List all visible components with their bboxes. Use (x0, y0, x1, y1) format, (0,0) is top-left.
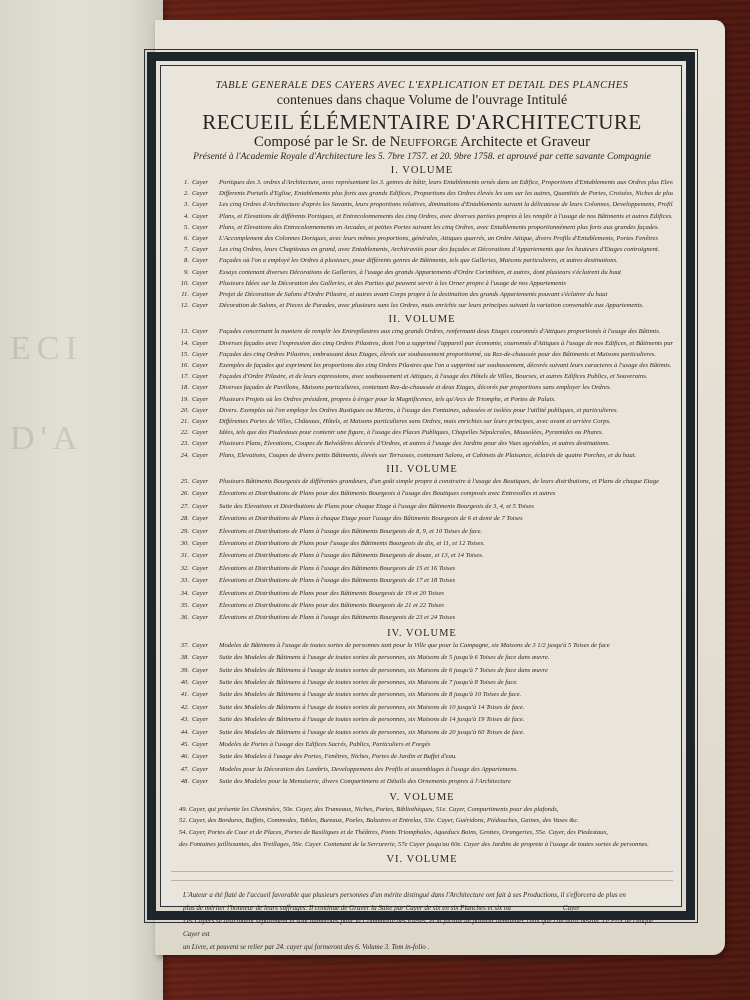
cayer-label: Cayer (192, 538, 219, 550)
cayer-description: Diverses façades avec l'expression des c… (219, 338, 673, 349)
cayer-entry: 40.CayerSuite des Modeles de Bâtimens à … (171, 677, 673, 689)
cayer-number: 1. (171, 177, 192, 188)
cayer-description: Suite des Modeles de Bâtimens à l'usage … (219, 689, 673, 701)
cayer-label: Cayer (192, 575, 219, 587)
cayer-label: Cayer (192, 600, 219, 612)
cayer-entry: 14.CayerDiverses façades avec l'expressi… (171, 338, 673, 349)
document-title: RECUEIL ÉLÉMENTAIRE D'ARCHITECTURE (171, 110, 673, 134)
cayer-number: 19. (171, 394, 192, 405)
cayer-description: L'Accomplement des Colonnes Doriques, av… (219, 233, 673, 244)
cayer-number: 36. (171, 612, 192, 624)
cayer-description: Portiques des 3. ordres d'Architecture, … (219, 177, 673, 188)
cayer-entry: 17.CayerFaçades d'Ordre Pilastre, et de … (171, 371, 673, 382)
cayer-entry: 2.CayerDifferents Portails d'Eglise, Ent… (171, 188, 673, 199)
cayer-label: Cayer (192, 550, 219, 562)
cayer-entry: 31.CayerElevations et Distributions de P… (171, 550, 673, 562)
cayer-number: 26. (171, 488, 192, 500)
cayer-entry: 30.CayerElevations et Distributions de P… (171, 538, 673, 550)
cayer-number: 8. (171, 255, 192, 266)
bleed-through-text: D'A (10, 420, 83, 458)
cayer-number: 34. (171, 588, 192, 600)
cayer-label: Cayer (192, 177, 219, 188)
cayer-entry: 9.CayerEssays contenant diverses Décorat… (171, 267, 673, 278)
cayer-label: Cayer (192, 652, 219, 664)
author-prefix: Composé par le Sr. de (254, 134, 390, 150)
cayer-label: Cayer (192, 300, 219, 311)
cayer-label: Cayer (192, 267, 219, 278)
cayer-number: 29. (171, 526, 192, 538)
cayer-label: Cayer (192, 588, 219, 600)
volume-5-section: V. VOLUME 49. Cayer, qui présente les Ch… (171, 792, 673, 851)
cayer-number: 33. (171, 575, 192, 587)
cayer-entry: 24.CayerPlans, Elevations, Coupes de div… (171, 450, 673, 461)
cayer-label: Cayer (192, 338, 219, 349)
cayer-description: Differents Portails d'Eglise, Entablemen… (219, 188, 673, 199)
cayer-description: Suite des Elevations et Distributions de… (219, 501, 673, 513)
cayer-description: Plusieurs Bâtiments Bourgeois de différe… (219, 476, 673, 488)
cayer-number: 38. (171, 652, 192, 664)
cayer-number: 17. (171, 371, 192, 382)
cayer-entry: 7.CayerLes cinq Ordres, leurs Chapiteaux… (171, 244, 673, 255)
cayer-entry: 28.CayerElevations et Distributions de P… (171, 513, 673, 525)
cayer-description: Plans, et Elevations des Entrecolonnemen… (219, 222, 673, 233)
cayer-label: Cayer (192, 450, 219, 461)
cayer-description: Suite des Modeles de Bâtimens à l'usage … (219, 702, 673, 714)
volume-5-line: 49. Cayer, qui présente les Cheminées, 5… (171, 804, 673, 816)
cayer-number: 3. (171, 199, 192, 210)
cayer-number: 31. (171, 550, 192, 562)
cayer-label: Cayer (192, 360, 219, 371)
cayer-entry: 1.CayerPortiques des 3. ordres d'Archite… (171, 177, 673, 188)
notice-cayer-aside: Cayer (563, 904, 580, 912)
cayer-number: 37. (171, 640, 192, 652)
volume-heading: VI. VOLUME (171, 854, 673, 865)
author-line: Composé par le Sr. de Neufforge Architec… (171, 134, 673, 151)
volume-1-section: I. VOLUME 1.CayerPortiques des 3. ordres… (171, 165, 673, 311)
cayer-entry: 29.CayerElevations et Distributions de P… (171, 526, 673, 538)
cayer-description: Elevations et Distributions de Plans à l… (219, 550, 673, 562)
cayer-description: Décoration de Salons, et Pieces de Parad… (219, 300, 673, 311)
cayer-description: Elevations et Distributions de Plans à l… (219, 612, 673, 624)
engraved-border-frame: TABLE GENERALE DES CAYERS AVEC L'EXPLICA… (147, 52, 695, 920)
cayer-description: Elevations et Distributions de Plans à l… (219, 526, 673, 538)
cayer-number: 18. (171, 382, 192, 393)
cayer-entry: 43.CayerSuite des Modeles de Bâtimens à … (171, 714, 673, 726)
cayer-description: Plusieurs Plans, Elevations, Coupes de B… (219, 438, 673, 449)
cayer-entry: 34.CayerElevations et Distributions de P… (171, 588, 673, 600)
cayer-label: Cayer (192, 702, 219, 714)
volume-heading: IV. VOLUME (171, 628, 673, 639)
volume-5-line: des Fontaines jaillissantes, des Treilla… (171, 839, 673, 851)
cayer-label: Cayer (192, 199, 219, 210)
cayer-label: Cayer (192, 438, 219, 449)
cayer-number: 21. (171, 416, 192, 427)
volume-3-section: III. VOLUME 25.CayerPlusieurs Bâtiments … (171, 464, 673, 625)
cayer-label: Cayer (192, 751, 219, 763)
cayer-description: Suite des Modeles de Bâtimens à l'usage … (219, 652, 673, 664)
cayer-description: Façades où l'on a employé les Ordres à p… (219, 255, 673, 266)
cayer-description: Exemples de façades qui expriment les pr… (219, 360, 673, 371)
cayer-description: Elevations et Distributions de Plans pou… (219, 588, 673, 600)
cayer-entry: 19.CayerPlusieurs Projets où les Ordres … (171, 394, 673, 405)
cayer-number: 23. (171, 438, 192, 449)
cayer-label: Cayer (192, 188, 219, 199)
notice-line-text: plus de mériter l'honneur de leurs suffr… (183, 904, 511, 912)
author-suffix: Architecte et Graveur (457, 134, 590, 150)
cayer-entry: 4.CayerPlans, et Elevations de différent… (171, 211, 673, 222)
cayer-entry: 32.CayerElevations et Distributions de P… (171, 563, 673, 575)
cayer-number: 42. (171, 702, 192, 714)
cayer-entry: 36.CayerElevations et Distributions de P… (171, 612, 673, 624)
cayer-label: Cayer (192, 526, 219, 538)
cayer-number: 4. (171, 211, 192, 222)
cayer-description: Projet de Décoration de Salons d'Ordre P… (219, 289, 673, 300)
cayer-number: 30. (171, 538, 192, 550)
cayer-number: 41. (171, 689, 192, 701)
cayer-label: Cayer (192, 764, 219, 776)
cayer-number: 39. (171, 665, 192, 677)
cayer-entry: 16.CayerExemples de façades qui exprimen… (171, 360, 673, 371)
cayer-entry: 42.CayerSuite des Modeles de Bâtimens à … (171, 702, 673, 714)
bleed-through-text: ECI (10, 330, 83, 368)
cayer-label: Cayer (192, 513, 219, 525)
author-notice: L'Auteur a été flaté de l'accueil favora… (171, 887, 673, 967)
cayer-description: Suite des Modeles à l'usage des Portes, … (219, 751, 673, 763)
cayer-number: 7. (171, 244, 192, 255)
cayer-label: Cayer (192, 689, 219, 701)
notice-line: L'Auteur a été flaté de l'accueil favora… (183, 889, 661, 902)
cayer-description: Elevations et Distributions de Plans pou… (219, 488, 673, 500)
cayer-entry: 22.CayerIdées, tels que des Piedestaux p… (171, 427, 673, 438)
author-name: Neufforge (390, 134, 458, 150)
cayer-description: Les cinq Ordres, leurs Chapiteaux en gra… (219, 244, 673, 255)
cayer-label: Cayer (192, 394, 219, 405)
cayer-description: Modeles de Portes à l'usage des Edifices… (219, 739, 673, 751)
cayer-label: Cayer (192, 739, 219, 751)
cayer-entry: 5.CayerPlans, et Elevations des Entrecol… (171, 222, 673, 233)
cayer-number: 35. (171, 600, 192, 612)
presentation-line: Présenté à l'Academie Royale d'Architect… (171, 152, 673, 162)
cayer-label: Cayer (192, 222, 219, 233)
cayer-number: 24. (171, 450, 192, 461)
cayer-number: 48. (171, 776, 192, 788)
cayer-number: 13. (171, 326, 192, 337)
cayer-label: Cayer (192, 371, 219, 382)
cayer-number: 5. (171, 222, 192, 233)
cayer-label: Cayer (192, 427, 219, 438)
cayer-label: Cayer (192, 476, 219, 488)
cayer-number: 16. (171, 360, 192, 371)
cayer-number: 45. (171, 739, 192, 751)
notice-line: Les Cayers se distribuent séparement et … (183, 915, 661, 941)
cayer-entry: 25.CayerPlusieurs Bâtiments Bourgeois de… (171, 476, 673, 488)
cayer-label: Cayer (192, 416, 219, 427)
cayer-description: Elevations et Distributions de Plans à l… (219, 563, 673, 575)
cayer-number: 27. (171, 501, 192, 513)
cayer-entry: 12.CayerDécoration de Salons, et Pieces … (171, 300, 673, 311)
volume-4-section: IV. VOLUME 37.CayerModeles de Bâtimens à… (171, 628, 673, 789)
cayer-number: 25. (171, 476, 192, 488)
cayer-entry: 3.CayerLes cinq Ordres d'Architecture d'… (171, 199, 673, 210)
cayer-description: Suite des Modeles pour la Menuiserie, di… (219, 776, 673, 788)
notice-line: un Livre, et peuvent se relier par 24. c… (183, 941, 661, 954)
cayer-entry: 13.CayerFaçades concernant la maniere de… (171, 326, 673, 337)
cayer-label: Cayer (192, 714, 219, 726)
cayer-entry: 35.CayerElevations et Distributions de P… (171, 600, 673, 612)
volume-heading: V. VOLUME (171, 792, 673, 803)
cayer-entry: 41.CayerSuite des Modeles de Bâtimens à … (171, 689, 673, 701)
cayer-label: Cayer (192, 501, 219, 513)
cayer-description: Elevations et Distributions de Plans à c… (219, 513, 673, 525)
cayer-entry: 46.CayerSuite des Modeles à l'usage des … (171, 751, 673, 763)
cayer-label: Cayer (192, 255, 219, 266)
cayer-entry: 18.CayerDiverses façades de Pavillons, M… (171, 382, 673, 393)
cayer-description: Suite des Modeles de Bâtimens à l'usage … (219, 665, 673, 677)
cayer-entry: 27.CayerSuite des Elevations et Distribu… (171, 501, 673, 513)
inner-border: TABLE GENERALE DES CAYERS AVEC L'EXPLICA… (160, 65, 682, 907)
cayer-entry: 45.CayerModeles de Portes à l'usage des … (171, 739, 673, 751)
cayer-description: Façades concernant la maniere de remplir… (219, 326, 673, 337)
cayer-entry: 6.CayerL'Accomplement des Colonnes Doriq… (171, 233, 673, 244)
cayer-number: 44. (171, 727, 192, 739)
cayer-number: 10. (171, 278, 192, 289)
cayer-entry: 37.CayerModeles de Bâtimens à l'usage de… (171, 640, 673, 652)
cayer-description: Diverses façades de Pavillons, Maisons p… (219, 382, 673, 393)
publisher-address: A Paris chez l'Auteur rue St. Jacques au… (183, 954, 661, 967)
volume-5-line: 52. Cayer, des Bordures, Buffets, Commod… (171, 815, 673, 827)
cayer-number: 46. (171, 751, 192, 763)
cayer-label: Cayer (192, 727, 219, 739)
cayer-entry: 23.CayerPlusieurs Plans, Elevations, Cou… (171, 438, 673, 449)
cayer-description: Elevations et Distributions de Plans pou… (219, 538, 673, 550)
cayer-entry: 39.CayerSuite des Modeles de Bâtimens à … (171, 665, 673, 677)
cayer-description: Plans, et Elevations de différents Porti… (219, 211, 673, 222)
cayer-number: 14. (171, 338, 192, 349)
cayer-label: Cayer (192, 211, 219, 222)
cayer-label: Cayer (192, 244, 219, 255)
cayer-label: Cayer (192, 349, 219, 360)
cayer-entry: 21.CayerDifférentes Portes de Villes, Ch… (171, 416, 673, 427)
cayer-entry: 8.CayerFaçades où l'on a employé les Ord… (171, 255, 673, 266)
cayer-label: Cayer (192, 776, 219, 788)
cayer-label: Cayer (192, 289, 219, 300)
cayer-number: 20. (171, 405, 192, 416)
document-content: TABLE GENERALE DES CAYERS AVEC L'EXPLICA… (171, 72, 673, 900)
volume-heading: III. VOLUME (171, 464, 673, 475)
volume-5-line: 54. Cayer, Portes de Cour et de Places, … (171, 827, 673, 839)
notice-line: plus de mériter l'honneur de leurs suffr… (183, 902, 661, 915)
cayer-description: Différentes Portes de Villes, Châteaux, … (219, 416, 673, 427)
cayer-label: Cayer (192, 233, 219, 244)
cayer-number: 15. (171, 349, 192, 360)
volume-heading: II. VOLUME (171, 314, 673, 325)
cayer-description: Modeles pour la Décoration des Lambris, … (219, 764, 673, 776)
cayer-number: 12. (171, 300, 192, 311)
cayer-description: Suite des Modeles de Bâtimens à l'usage … (219, 677, 673, 689)
facing-left-page: ECI D'A (0, 0, 163, 1000)
cayer-entry: 26.CayerElevations et Distributions de P… (171, 488, 673, 500)
cayer-number: 43. (171, 714, 192, 726)
cayer-description: Plans, Elevations, Coupes de divers peti… (219, 450, 673, 461)
cayer-description: Elevations et Distributions de Plans pou… (219, 600, 673, 612)
cayer-number: 28. (171, 513, 192, 525)
cayer-label: Cayer (192, 405, 219, 416)
cayer-number: 9. (171, 267, 192, 278)
cayer-entry: 15.CayerFaçades des cinq Ordres Pilastre… (171, 349, 673, 360)
cayer-entry: 38.CayerSuite des Modeles de Bâtimens à … (171, 652, 673, 664)
cayer-description: Plusieurs Projets où les Ordres présiden… (219, 394, 673, 405)
cayer-label: Cayer (192, 640, 219, 652)
cayer-entry: 47.CayerModeles pour la Décoration des L… (171, 764, 673, 776)
cayer-description: Divers. Exemples où l'on employe les Ord… (219, 405, 673, 416)
cayer-number: 2. (171, 188, 192, 199)
cayer-number: 32. (171, 563, 192, 575)
cayer-description: Modeles de Bâtimens à l'usage de toutes … (219, 640, 673, 652)
cayer-entry: 11.CayerProjet de Décoration de Salons d… (171, 289, 673, 300)
cayer-number: 6. (171, 233, 192, 244)
cayer-description: Suite des Modeles de Bâtimens à l'usage … (219, 714, 673, 726)
volume-2-section: II. VOLUME 13.CayerFaçades concernant la… (171, 314, 673, 460)
cayer-label: Cayer (192, 326, 219, 337)
cayer-label: Cayer (192, 612, 219, 624)
cayer-entry: 44.CayerSuite des Modeles de Bâtimens à … (171, 727, 673, 739)
cayer-description: Suite des Modeles de Bâtimens à l'usage … (219, 727, 673, 739)
cayer-description: Plusieurs Idées sur la Décoration des Ga… (219, 278, 673, 289)
cayer-number: 40. (171, 677, 192, 689)
cayer-entry: 10.CayerPlusieurs Idées sur la Décoratio… (171, 278, 673, 289)
cayer-entry: 20.CayerDivers. Exemples où l'on employe… (171, 405, 673, 416)
cayer-description: Essays contenant diverses Décorations de… (219, 267, 673, 278)
volume-6-section: VI. VOLUME (171, 854, 673, 881)
cayer-description: Elevations et Distributions de Plans à l… (219, 575, 673, 587)
cayer-number: 11. (171, 289, 192, 300)
cayer-label: Cayer (192, 563, 219, 575)
cayer-description: Les cinq Ordres d'Architecture d'après l… (219, 199, 673, 210)
cayer-entry: 48.CayerSuite des Modeles pour la Menuis… (171, 776, 673, 788)
cayer-number: 22. (171, 427, 192, 438)
header-line-table-generale: TABLE GENERALE DES CAYERS AVEC L'EXPLICA… (171, 80, 673, 91)
cayer-description: Façades d'Ordre Pilastre, et de leurs ex… (219, 371, 673, 382)
cayer-entry: 33.CayerElevations et Distributions de P… (171, 575, 673, 587)
blank-ruled-lines (171, 871, 673, 881)
cayer-description: Façades des cinq Ordres Pilastres, embra… (219, 349, 673, 360)
cayer-number: 47. (171, 764, 192, 776)
cayer-description: Idées, tels que des Piedestaux pour cont… (219, 427, 673, 438)
cayer-label: Cayer (192, 382, 219, 393)
cayer-label: Cayer (192, 677, 219, 689)
volume-heading: I. VOLUME (171, 165, 673, 176)
cayer-label: Cayer (192, 278, 219, 289)
cayer-label: Cayer (192, 665, 219, 677)
header-line-contenues: contenues dans chaque Volume de l'ouvrag… (171, 93, 673, 109)
cayer-label: Cayer (192, 488, 219, 500)
